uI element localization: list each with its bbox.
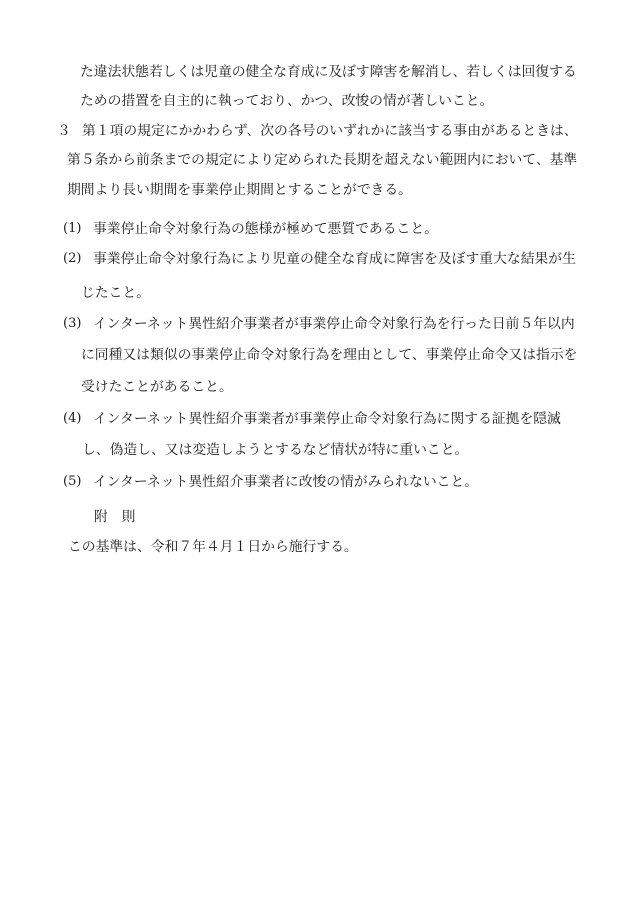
item-text-line: インターネット異性紹介事業者が事業停止命令対象行為を行った日前５年以内	[93, 316, 575, 332]
paragraph-text-line: 第１項の規定にかかわらず、次の各号のいずれかに該当する事由があるときは、	[82, 123, 578, 139]
item-label: (4)	[63, 411, 81, 427]
item-text-line: じたこと。	[81, 285, 150, 301]
item-text-line: し、偽造し、又は変造しようとするなど情状が特に重いこと。	[82, 442, 468, 458]
body-text-line: ための措置を自主的に執っており、かつ、改悛の情が著しいこと。	[80, 93, 493, 109]
paragraph-text-line: 第５条から前条までの規定により定められた長期を超えない範囲内において、基準	[67, 152, 577, 168]
item-label: (2)	[63, 251, 81, 267]
item-text-line: 事業停止命令対象行為により児童の健全な育成に障害を及ぼす重大な結果が生	[93, 251, 576, 267]
item-text-line: 受けたことがあること。	[81, 379, 233, 395]
item-text-line: インターネット異性紹介事業者に改悛の情がみられないこと。	[93, 474, 478, 490]
item-text-line: 事業停止命令対象行為の態様が極めて悪質であること。	[93, 221, 438, 237]
body-text-line: た違法状態若しくは児童の健全な育成に及ぼす障害を解消し、若しくは回復する	[80, 64, 577, 80]
supplementary-text: この基準は、令和７年４月１日から施行する。	[68, 539, 358, 555]
item-label: (1)	[63, 221, 81, 237]
paragraph-text-line: 期間より長い期間を事業停止期間とすることができる。	[67, 182, 412, 198]
paragraph-number: ３	[57, 123, 71, 139]
item-label: (3)	[63, 316, 81, 332]
document-page: た違法状態若しくは児童の健全な育成に及ぼす障害を解消し、若しくは回復する ための…	[0, 0, 630, 903]
item-text-line: に同種又は類似の事業停止命令対象行為を理由として、事業停止命令又は指示を	[81, 347, 577, 363]
item-label: (5)	[63, 474, 81, 490]
supplementary-heading: 附 則	[94, 509, 135, 525]
item-text-line: インターネット異性紹介事業者が事業停止命令対象行為に関する証拠を隠滅	[93, 411, 561, 427]
